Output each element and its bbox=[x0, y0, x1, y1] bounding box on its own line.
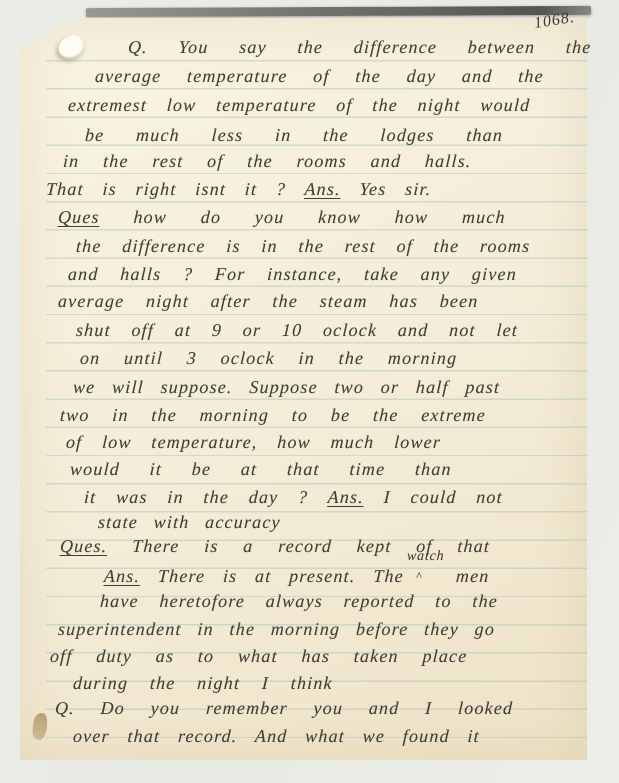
handwritten-line: Ques how do you know how much bbox=[57, 207, 506, 228]
line-text: That is right isnt it ? bbox=[46, 179, 306, 199]
line-text: I could not bbox=[363, 487, 503, 507]
answer-label: Ans. bbox=[304, 179, 341, 199]
handwritten-line: and halls ? For instance, take any given bbox=[67, 264, 517, 285]
line-text: it was in the day ? bbox=[84, 487, 329, 507]
answer-label: Ans. bbox=[103, 566, 140, 586]
handwritten-line: in the rest of the rooms and halls. bbox=[62, 151, 472, 172]
question-label: Ques bbox=[58, 207, 101, 227]
line-text: men bbox=[455, 566, 490, 586]
handwritten-line: state with accuracy bbox=[97, 512, 281, 533]
handwritten-line: of low temperature, how much lower bbox=[65, 432, 441, 453]
handwritten-line: Ans. There is at present. Thewatch^men bbox=[103, 564, 490, 587]
inserted-word-text: watch bbox=[407, 549, 445, 565]
handwritten-line: have heretofore always reported to the bbox=[99, 591, 498, 612]
scanned-document-page: 1068. Q. You say the difference between … bbox=[0, 0, 619, 783]
handwritten-line: average night after the steam has been bbox=[57, 291, 479, 312]
handwritten-line: off duty as to what has taken place bbox=[49, 646, 468, 667]
handwritten-line: superintendent in the morning before the… bbox=[57, 619, 495, 640]
handwritten-line: Q. You say the difference between the bbox=[127, 37, 592, 58]
handwritten-line: average temperature of the day and the bbox=[94, 66, 544, 87]
line-text: Yes sir. bbox=[340, 179, 432, 199]
line-text: There is at present. The bbox=[140, 566, 405, 586]
insertion-caret: ^ bbox=[416, 569, 423, 584]
handwritten-line: on until 3 oclock in the morning bbox=[79, 348, 457, 369]
handwritten-line: extremest low temperature of the night w… bbox=[67, 95, 531, 116]
scan-edge-shadow bbox=[86, 6, 591, 17]
handwritten-line: we will suppose. Suppose two or half pas… bbox=[72, 377, 500, 398]
question-label: Ques. bbox=[60, 536, 109, 556]
inserted-word: watch^ bbox=[404, 564, 457, 582]
handwritten-line: during the night I think bbox=[72, 673, 333, 694]
handwritten-line: it was in the day ? Ans. I could not bbox=[83, 487, 503, 508]
handwritten-line: over that record. And what we found it bbox=[72, 726, 480, 747]
handwritten-line: two in the morning to be the extreme bbox=[59, 405, 486, 426]
line-text: how do you know how much bbox=[99, 207, 506, 227]
handwritten-line: Q. Do you remember you and I looked bbox=[54, 698, 513, 719]
handwritten-line: That is right isnt it ? Ans. Yes sir. bbox=[45, 179, 432, 200]
handwritten-line: the difference is in the rest of the roo… bbox=[75, 236, 530, 257]
handwritten-line: be much less in the lodges than bbox=[84, 125, 503, 146]
handwritten-line: would it be at that time than bbox=[69, 459, 452, 480]
answer-label: Ans. bbox=[327, 487, 364, 507]
handwritten-line: shut off at 9 or 10 oclock and not let bbox=[75, 320, 518, 341]
